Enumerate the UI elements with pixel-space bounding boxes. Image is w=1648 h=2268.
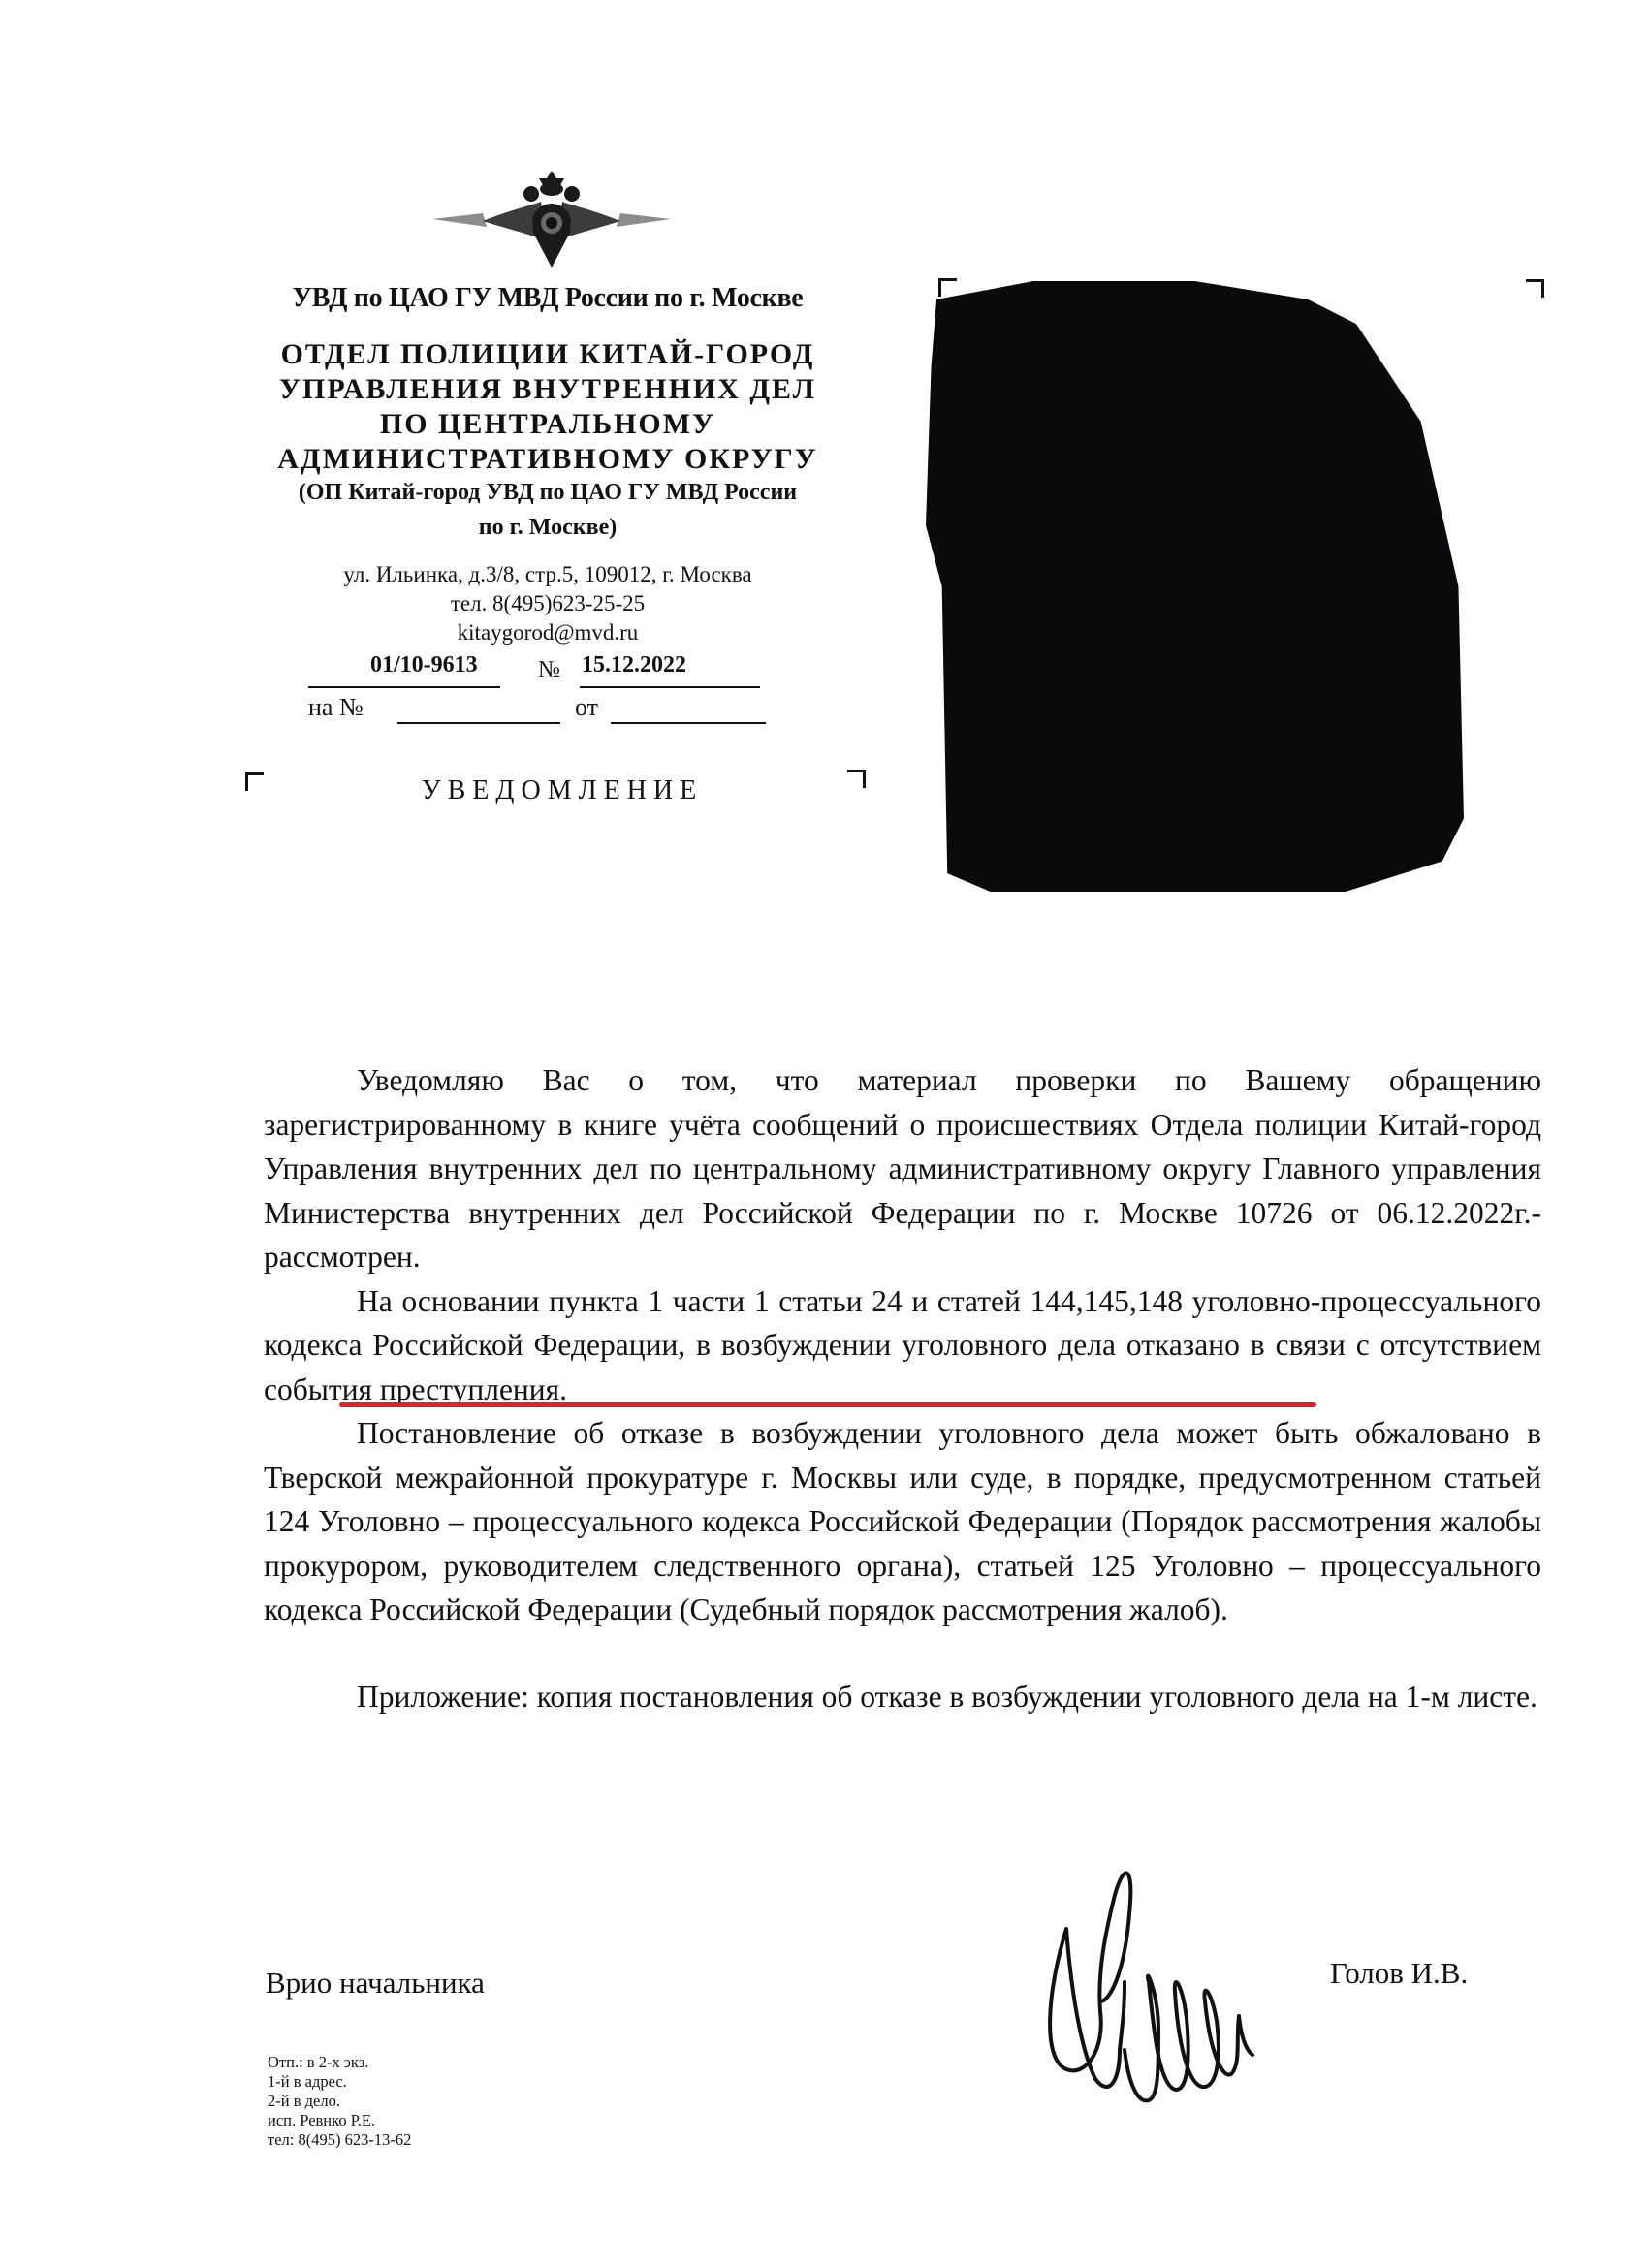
department-line: ОТДЕЛ ПОЛИЦИИ КИТАЙ-ГОРОД	[233, 337, 863, 372]
registration-number: 01/10-9613	[370, 652, 478, 678]
document-body: Уведомляю Вас о том, что материал провер…	[264, 1058, 1541, 1718]
footer-note: исп. Ревнко Р.Е.	[268, 2111, 411, 2130]
reference-number-blank	[397, 722, 560, 724]
handwritten-signature-icon	[1028, 1856, 1270, 2157]
footer-notes: Отп.: в 2-х экз. 1-й в адрес. 2-й в дело…	[268, 2053, 411, 2150]
address: ул. Ильинка, д.3/8, стр.5, 109012, г. Мо…	[233, 560, 863, 589]
red-underline-annotation	[339, 1402, 1316, 1407]
department-abbreviation: (ОП Китай-город УВД по ЦАО ГУ МВД России…	[233, 475, 863, 545]
footer-note: 2-й в дело.	[268, 2092, 411, 2111]
paragraph-notification: Уведомляю Вас о том, что материал провер…	[264, 1058, 1541, 1279]
footer-note: 1-й в адрес.	[268, 2072, 411, 2092]
corner-mark-top-right	[847, 770, 866, 788]
department-abbr-line: по г. Москве)	[233, 510, 863, 545]
document-title: УВЕДОМЛЕНИЕ	[291, 775, 834, 806]
reference-row: на № от	[308, 693, 832, 732]
registration-row: 01/10-9613 № 15.12.2022	[301, 647, 824, 686]
reference-from-blank	[611, 722, 766, 724]
mvd-emblem-icon	[425, 163, 679, 271]
phone: тел. 8(495)623-25-25	[233, 589, 863, 618]
signer-name: Голов И.В.	[1330, 1956, 1468, 1991]
footer-note: тел: 8(495) 623-13-62	[268, 2130, 411, 2150]
department-name: ОТДЕЛ ПОЛИЦИИ КИТАЙ-ГОРОД УПРАВЛЕНИЯ ВНУ…	[233, 337, 863, 477]
recipient-corner-mark-top-right	[1526, 279, 1544, 298]
recipient-corner-mark-top-left	[938, 278, 957, 297]
department-abbr-line: (ОП Китай-город УВД по ЦАО ГУ МВД России	[233, 475, 863, 510]
reference-number-label: на №	[308, 693, 364, 722]
contact-info: ул. Ильинка, д.3/8, стр.5, 109012, г. Мо…	[233, 560, 863, 647]
redacted-recipient-block	[926, 281, 1464, 892]
email: kitaygorod@mvd.ru	[233, 618, 863, 647]
signer-position: Врио начальника	[266, 1966, 485, 2000]
agency-name: УВД по ЦАО ГУ МВД России по г. Москве	[233, 283, 863, 314]
paragraph-appeal: Постановление об отказе в возбуждении уг…	[264, 1411, 1541, 1632]
registration-date: 15.12.2022	[582, 652, 686, 678]
department-line: УПРАВЛЕНИЯ ВНУТРЕННИХ ДЕЛ	[233, 372, 863, 407]
registration-number-line	[308, 686, 500, 688]
department-line: ПО ЦЕНТРАЛЬНОМУ	[233, 407, 863, 442]
department-line: АДМИНИСТРАТИВНОМУ ОКРУГУ	[233, 442, 863, 477]
annex: Приложение: копия постановления об отказ…	[264, 1675, 1541, 1719]
registration-date-line	[580, 686, 760, 688]
number-sign: №	[538, 657, 560, 683]
paragraph-decision: На основании пункта 1 части 1 статьи 24 …	[264, 1279, 1541, 1412]
reference-from-label: от	[575, 693, 598, 722]
footer-note: Отп.: в 2-х экз.	[268, 2053, 411, 2072]
corner-mark-top-left	[245, 772, 264, 791]
